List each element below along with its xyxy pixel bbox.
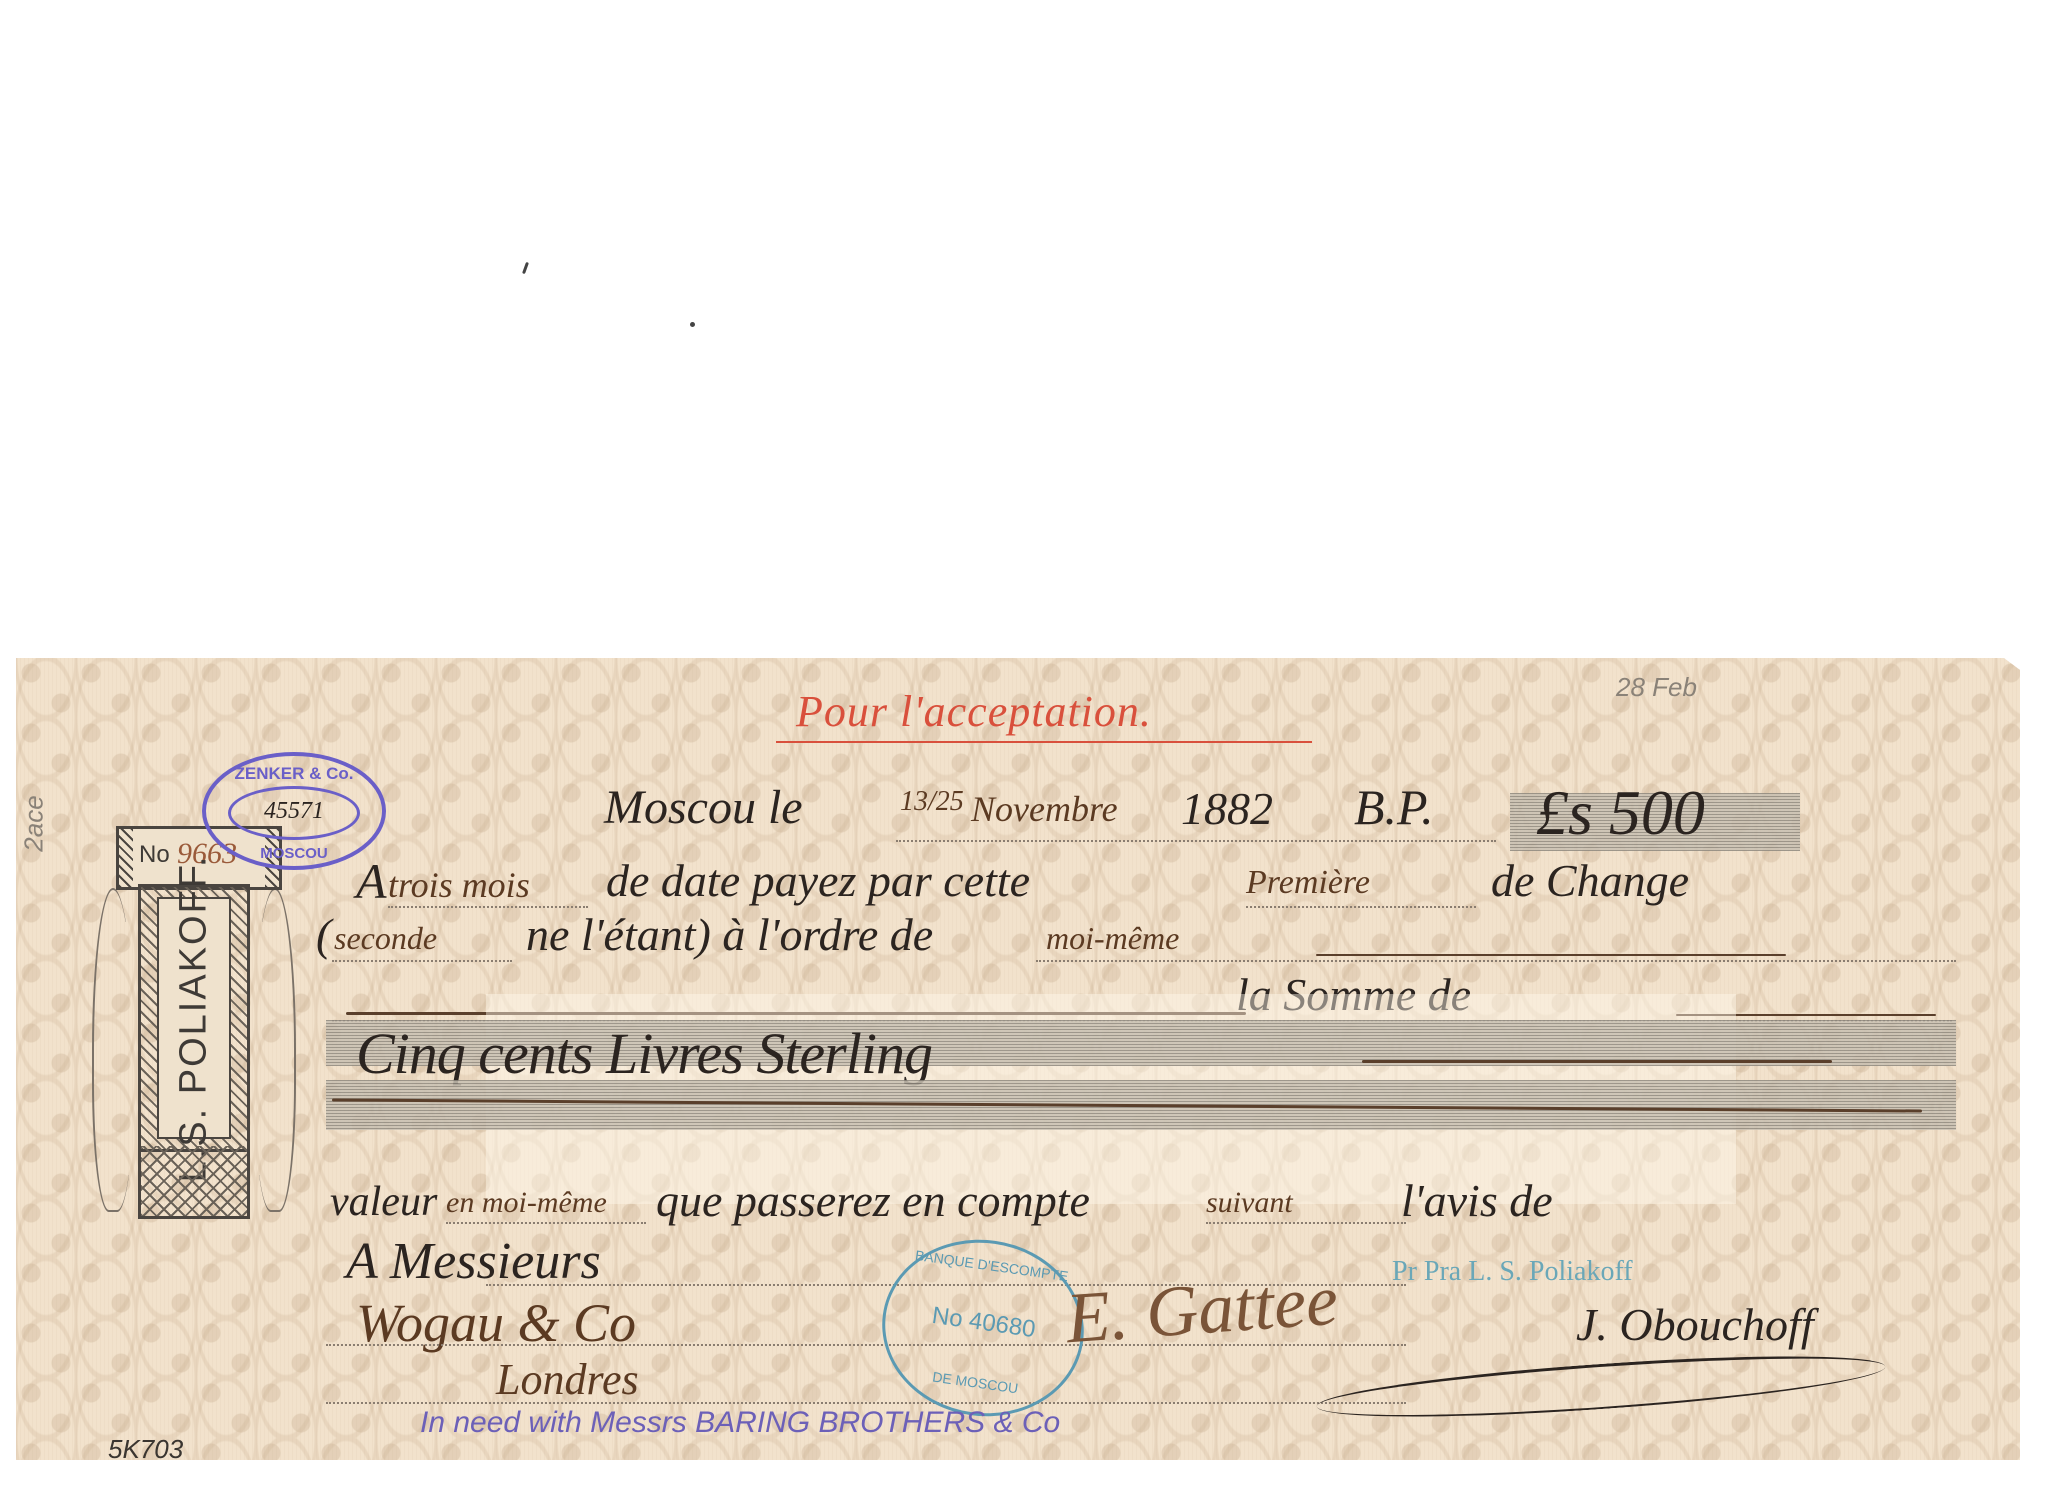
date-day: 13/25	[900, 786, 964, 818]
header-underline	[776, 741, 1312, 743]
signature-flourish	[1315, 1344, 1887, 1429]
header-title: Pour l'acceptation.	[796, 686, 1152, 737]
bill-of-exchange: Pour l'acceptation. 28 Feb 2ace 5K703 No…	[16, 658, 2020, 1460]
amount-in-words: Cinq cents Livres Sterling	[356, 1020, 932, 1087]
date-year: 1882	[1181, 782, 1273, 835]
advice-text: l'avis de	[1401, 1174, 1553, 1227]
issuer-vignette: No 9663 L.S. POLIAKOFF.	[98, 826, 298, 1281]
per-procuration-stamp: Pr Pra L. S. Poliakoff	[1392, 1256, 1633, 1288]
ornament-scroll-left	[92, 888, 134, 1212]
other-copy-value: seconde	[334, 920, 437, 957]
zenker-stamp-number: 45571	[206, 798, 382, 825]
account-text: que passerez en compte	[656, 1174, 1090, 1227]
drawee-salutation: A Messieurs	[346, 1232, 601, 1291]
payee-fill-stroke	[1316, 954, 1786, 956]
date-month: Novembre	[971, 788, 1118, 830]
change-text: de Change	[1491, 854, 1689, 907]
payee-value: moi-même	[1046, 920, 1179, 957]
banque-stamp-top: BANQUE D'ESCOMPTE	[894, 1244, 1090, 1287]
ornament-scroll-right	[254, 888, 296, 1212]
stray-dot	[690, 322, 695, 327]
vignette-pattern-base	[138, 1146, 250, 1219]
stray-mark	[522, 262, 529, 274]
issuer-name: L.S. POLIAKOFF.	[173, 854, 216, 1182]
date-field-line	[896, 840, 1496, 842]
place-label: Moscou le	[604, 780, 803, 835]
banque-escompte-stamp: BANQUE D'ESCOMPTE No 40680 DE MOSCOU	[871, 1227, 1096, 1429]
copy-field-line	[1246, 906, 1476, 908]
term-prefix: A	[356, 852, 387, 910]
pencil-date-note: 28 Feb	[1616, 672, 1697, 703]
pencil-ref-note: 5K703	[108, 1434, 183, 1465]
drawer-signature: J. Obouchoff	[1576, 1298, 1814, 1351]
amount-words-fill-stroke	[1362, 1060, 1832, 1063]
payee-line	[1036, 960, 1956, 962]
amount-figure: £s 500	[1536, 776, 1705, 850]
order-text: ne l'étant) à l'ordre de	[526, 908, 933, 961]
advice-field-line	[1206, 1222, 1406, 1224]
term-value: trois mois	[388, 864, 530, 906]
amount-prefix: B.P.	[1354, 778, 1434, 836]
banque-stamp-bottom: DE MOSCOU	[877, 1361, 1073, 1404]
advice-value: suivant	[1206, 1186, 1293, 1220]
in-need-stamp: In need with Messrs BARING BROTHERS & Co	[420, 1406, 1060, 1440]
drawee-city: Londres	[496, 1354, 639, 1405]
other-copy-line	[332, 960, 512, 962]
zenker-stamp-top: ZENKER & Co.	[206, 764, 382, 784]
pay-text: de date payez par cette	[606, 854, 1030, 907]
value-field-line	[446, 1222, 646, 1224]
value-label: valeur	[330, 1178, 437, 1226]
drawee-line-3	[326, 1402, 1406, 1404]
banque-stamp-number: No 40680	[885, 1296, 1083, 1351]
issuer-name-panel: L.S. POLIAKOFF.	[138, 884, 250, 1152]
paren-open: (	[316, 908, 331, 961]
number-label: No	[139, 841, 170, 869]
copy-value: Première	[1246, 864, 1370, 902]
value-field: en moi-même	[446, 1186, 607, 1220]
pencil-margin-note: 2ace	[19, 795, 50, 851]
